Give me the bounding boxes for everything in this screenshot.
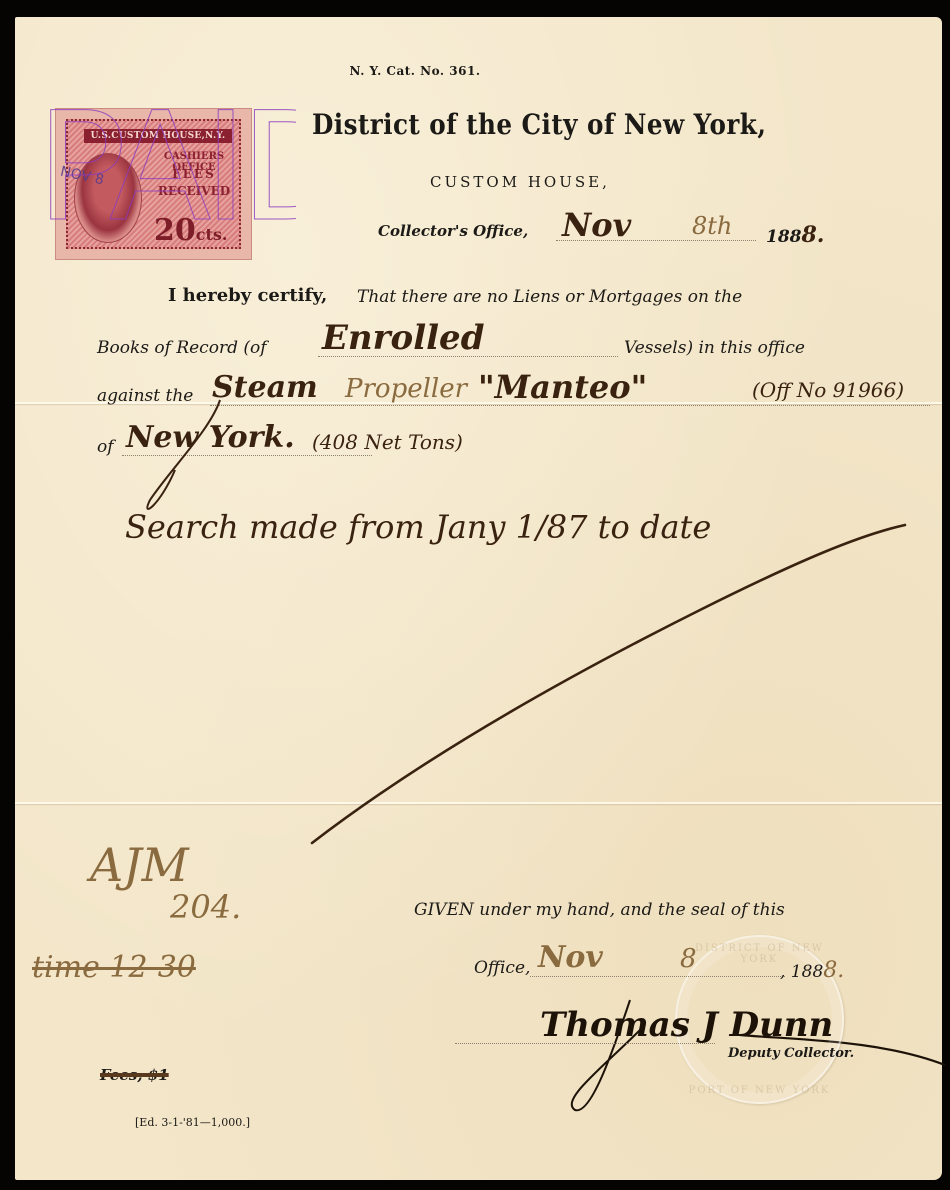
descender-flourish-icon [147,400,220,509]
attest-day: 8 [680,944,697,974]
clerk-initials: AJM [90,838,189,892]
attest-year: , 1888. [780,958,844,983]
signer-title: Deputy Collector. [728,1046,854,1061]
entry-number: 204. [170,888,241,926]
diagonal-cancel-stroke-icon [312,525,905,843]
signature: Thomas J Dunn [540,1005,833,1045]
edition-note: [Ed. 3-1-'81—1,000.] [135,1116,250,1129]
time-note: time 12-30 [32,950,196,985]
attest-year-handwritten: 8. [823,958,844,983]
office-label: Office, [474,958,530,978]
seal-bottom-text: PORT OF NEW YORK [677,1085,842,1096]
attest-date-dotted-rule [530,976,785,977]
fees-label: Fees, $1 [100,1066,169,1084]
attest-year-prefix: , 188 [780,962,823,982]
time-note-text: time 12-30 [32,950,196,985]
given-text: GIVEN under my hand, and the seal of thi… [414,900,785,920]
attest-month: Nov [538,940,603,975]
